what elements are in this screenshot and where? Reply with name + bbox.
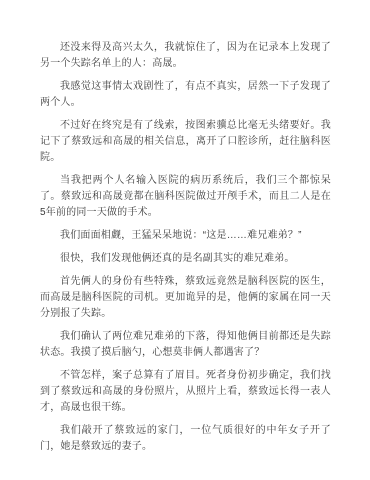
paragraph-10: 我们敲开了蔡致远的家门，一位气质很好的中年女子开了门，她是蔡致远的妻子。 [40, 423, 331, 455]
paragraph-3: 不过好在终究是有了线索，按图索骥总比毫无头绪要好。我记下了蔡致远和高晟的相关信息… [40, 118, 331, 166]
paragraph-4: 当我把两个人名输入医院的病历系统后，我们三个都惊呆了。蔡致远和高晟竟都在脑科医院… [40, 173, 331, 221]
paragraph-2: 我感觉这事情太戏剧性了，有点不真实，居然一下子发现了两个人。 [40, 79, 331, 111]
paragraph-8: 我们确认了两位难兄难弟的下落，得知他俩目前都还是失踪状态。我摸了摸后脑勺，心想莫… [40, 329, 331, 361]
paragraph-5: 我们面面相觑，王猛呆呆地说：“这是……难兄难弟？” [40, 228, 331, 244]
paragraph-1: 还没来得及高兴太久，我就惊住了，因为在记录本上发现了另一个失踪名单上的人：高晟。 [40, 40, 331, 72]
paragraph-7: 首先俩人的身份有些特殊，蔡致远竟然是脑科医院的医生，而高晟是脑科医院的司机。更加… [40, 274, 331, 322]
paragraph-6: 很快，我们发现他俩还真的是名副其实的难兄难弟。 [40, 251, 331, 267]
paragraph-9: 不管怎样，案子总算有了眉目。死者身份初步确定，我们找到了蔡致远和高晟的身份照片，… [40, 368, 331, 416]
document-page: 还没来得及高兴太久，我就惊住了，因为在记录本上发现了另一个失踪名单上的人：高晟。… [0, 0, 370, 480]
